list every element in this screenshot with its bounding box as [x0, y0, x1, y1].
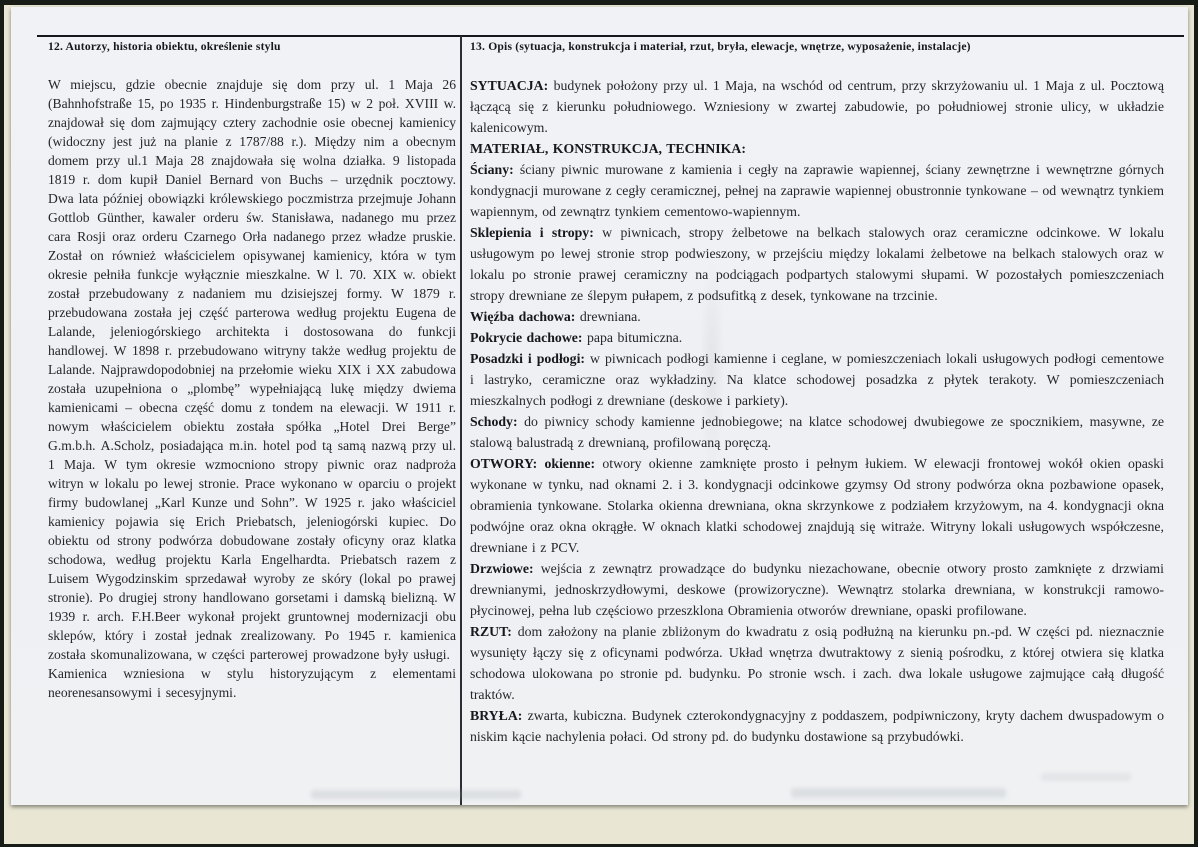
- history-column: W miejscu, gdzie obecnie znajduje się do…: [48, 75, 456, 702]
- column-divider: [460, 36, 462, 805]
- section-label: MATERIAŁ, KONSTRUKCJA, TECHNIKA:: [470, 141, 746, 156]
- section-bryla: BRYŁA: zwarta, kubiczna. Budynek czterok…: [470, 705, 1164, 747]
- section-text: ściany piwnic murowane z kamienia i cegł…: [470, 162, 1164, 219]
- section-13-header: 13. Opis (sytuacja, konstrukcja i materi…: [470, 40, 971, 53]
- section-text: wejścia z zewnątrz prowadzące do budynku…: [470, 561, 1164, 618]
- section-label: BRYŁA:: [470, 708, 522, 723]
- section-label: Sklepienia i stropy:: [470, 225, 594, 240]
- section-label: Drzwiowe:: [470, 561, 534, 576]
- section-label: Ściany:: [470, 162, 514, 177]
- section-text: do piwnicy schody kamienne jednobiegowe;…: [470, 414, 1164, 450]
- document-page: 12. Autorzy, historia obiektu, określeni…: [11, 7, 1188, 805]
- section-schody: Schody: do piwnicy schody kamienne jedno…: [470, 411, 1164, 453]
- section-material-konstrukcja-technika: MATERIAŁ, KONSTRUKCJA, TECHNIKA:: [470, 138, 1164, 159]
- section-label: Pokrycie dachowe:: [470, 330, 583, 345]
- section-rzut: RZUT: dom założony na planie zbliżonym d…: [470, 621, 1164, 705]
- section-pokrycie-dachowe: Pokrycie dachowe: papa bitumiczna.: [470, 327, 1164, 348]
- section-label: SYTUACJA:: [470, 78, 548, 93]
- section-12-header: 12. Autorzy, historia obiektu, określeni…: [48, 40, 281, 53]
- section-label: Więźba dachowa:: [470, 309, 575, 324]
- section-text: papa bitumiczna.: [587, 330, 682, 345]
- bleed-through-artifact: [311, 790, 521, 799]
- section-label: RZUT:: [470, 624, 512, 639]
- section-text: zwarta, kubiczna. Budynek czterokondygna…: [470, 708, 1164, 744]
- section-text: drewniana.: [580, 309, 641, 324]
- description-column: SYTUACJA: budynek położony przy ul. 1 Ma…: [470, 75, 1164, 747]
- section-posadzki-i-podlogi: Posadzki i podłogi: w piwnicach podłogi …: [470, 348, 1164, 411]
- section-drzwiowe: Drzwiowe: wejścia z zewnątrz prowadzące …: [470, 558, 1164, 621]
- section-sciany: Ściany: ściany piwnic murowane z kamieni…: [470, 159, 1164, 222]
- style-paragraph: Kamienica wzniesiona w stylu historyzują…: [48, 664, 456, 702]
- bleed-through-artifact: [791, 788, 1006, 798]
- section-sytuacja: SYTUACJA: budynek położony przy ul. 1 Ma…: [470, 75, 1164, 138]
- section-label: Schody:: [470, 414, 518, 429]
- section-text: budynek położony przy ul. 1 Maja, na wsc…: [470, 78, 1164, 135]
- section-label: Posadzki i podłogi:: [470, 351, 585, 366]
- section-wiezba-dachowa: Więźba dachowa: drewniana.: [470, 306, 1164, 327]
- section-sklepienia-i-stropy: Sklepienia i stropy: w piwnicach, stropy…: [470, 222, 1164, 306]
- history-paragraph: W miejscu, gdzie obecnie znajduje się do…: [48, 75, 456, 664]
- section-otwory-okienne: OTWORY: okienne: otwory okienne zamknięt…: [470, 453, 1164, 558]
- section-label: OTWORY: okienne:: [470, 456, 595, 471]
- section-text: dom założony na planie zbliżonym do kwad…: [470, 624, 1164, 702]
- header-rule: [37, 35, 1184, 37]
- bleed-through-artifact: [1041, 773, 1131, 781]
